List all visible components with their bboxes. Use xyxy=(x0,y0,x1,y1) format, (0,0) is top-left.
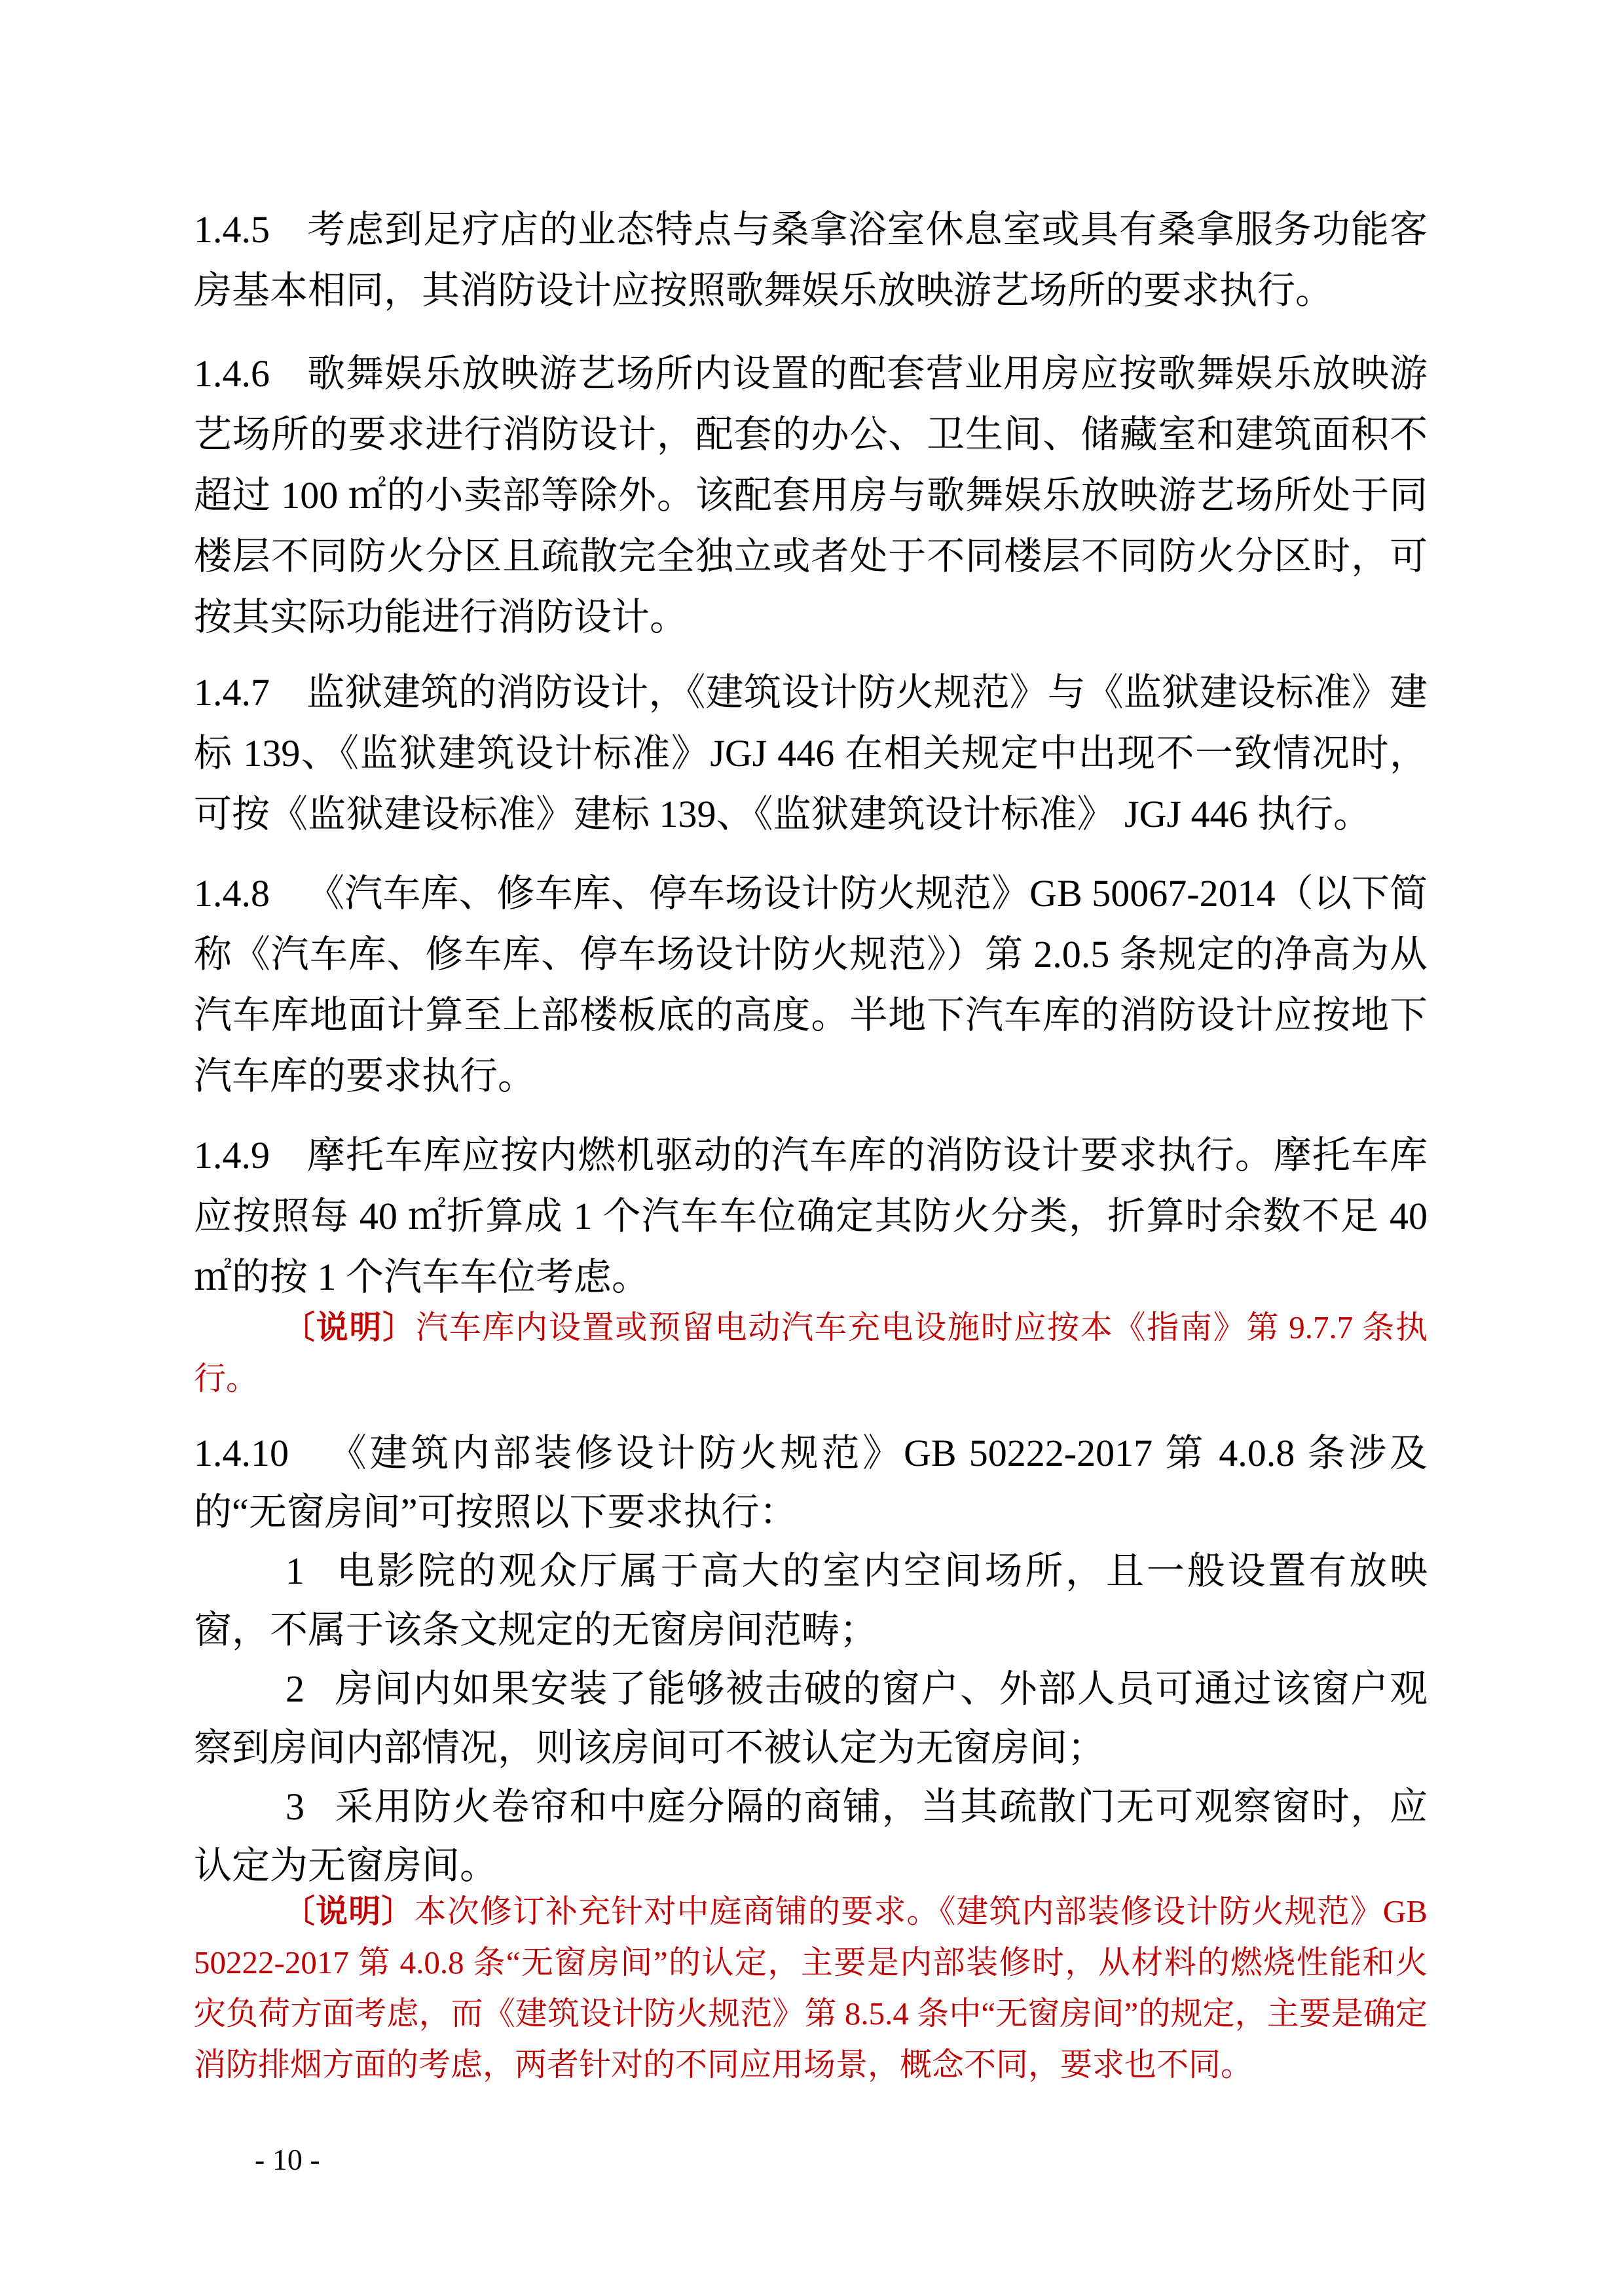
page-number-footer: - 10 - xyxy=(255,2142,320,2177)
note-label: 〔说明〕 xyxy=(283,1893,415,1929)
section-1-4-7: 1.4.7监狱建筑的消防设计，《建筑设计防火规范》与《监狱建设标准》建标 139… xyxy=(194,662,1428,845)
section-text: 《建筑内部装修设计防火规范》GB 50222-2017 第 4.0.8 条涉及的… xyxy=(194,1432,1428,1533)
list-item-3: 3采用防火卷帘和中庭分隔的商铺，当其疏散门无可观察窗时，应认定为无窗房间。 xyxy=(194,1777,1428,1895)
section-text: 考虑到足疗店的业态特点与桑拿浴室休息室或具有桑拿服务功能客房基本相同，其消防设计… xyxy=(194,208,1428,312)
section-number: 1.4.6 xyxy=(194,352,270,395)
section-text: 监狱建筑的消防设计，《建筑设计防火规范》与《监狱建设标准》建标 139、《监狱建… xyxy=(194,671,1428,835)
section-text: 《汽车库、修车库、停车场设计防火规范》GB 50067-2014（以下简称《汽车… xyxy=(194,872,1428,1097)
item-number: 3 xyxy=(286,1785,304,1828)
section-1-4-9: 1.4.9摩托车库应按内燃机驱动的汽车库的消防设计要求执行。摩托车库应按照每 4… xyxy=(194,1125,1428,1307)
item-text: 电影院的观众厅属于高大的室内空间场所，且一般设置有放映窗，不属于该条文规定的无窗… xyxy=(194,1550,1428,1651)
explanation-note-1-4-10: 〔说明〕本次修订补充针对中庭商铺的要求。《建筑内部装修设计防火规范》GB 502… xyxy=(194,1886,1428,2090)
section-text: 歌舞娱乐放映游艺场所内设置的配套营业用房应按歌舞娱乐放映游艺场所的要求进行消防设… xyxy=(194,352,1428,638)
section-number: 1.4.10 xyxy=(194,1432,289,1474)
section-1-4-10: 1.4.10《建筑内部装修设计防火规范》GB 50222-2017 第 4.0.… xyxy=(194,1424,1428,1542)
item-number: 2 xyxy=(286,1667,304,1710)
item-text: 采用防火卷帘和中庭分隔的商铺，当其疏散门无可观察窗时，应认定为无窗房间。 xyxy=(194,1785,1428,1887)
section-number: 1.4.9 xyxy=(194,1134,270,1176)
explanation-note-1-4-9: 〔说明〕汽车库内设置或预留电动汽车充电设施时应按本《指南》第 9.7.7 条执行… xyxy=(194,1302,1428,1404)
section-1-4-8: 1.4.8《汽车库、修车库、停车场设计防火规范》GB 50067-2014（以下… xyxy=(194,863,1428,1106)
section-1-4-5: 1.4.5考虑到足疗店的业态特点与桑拿浴室休息室或具有桑拿服务功能客房基本相同，… xyxy=(194,199,1428,321)
list-item-1: 1电影院的观众厅属于高大的室内空间场所，且一般设置有放映窗，不属于该条文规定的无… xyxy=(194,1542,1428,1660)
list-item-2: 2房间内如果安装了能够被击破的窗户、外部人员可通过该窗户观察到房间内部情况，则该… xyxy=(194,1660,1428,1777)
item-number: 1 xyxy=(286,1550,304,1592)
section-1-4-6: 1.4.6歌舞娱乐放映游艺场所内设置的配套营业用房应按歌舞娱乐放映游艺场所的要求… xyxy=(194,343,1428,647)
item-text: 房间内如果安装了能够被击破的窗户、外部人员可通过该窗户观察到房间内部情况，则该房… xyxy=(194,1667,1428,1769)
document-body: 1.4.5考虑到足疗店的业态特点与桑拿浴室休息室或具有桑拿服务功能客房基本相同，… xyxy=(194,0,1428,2090)
section-text: 摩托车库应按内燃机驱动的汽车库的消防设计要求执行。摩托车库应按照每 40 ㎡折算… xyxy=(194,1134,1428,1298)
section-number: 1.4.7 xyxy=(194,671,270,714)
section-number: 1.4.8 xyxy=(194,872,270,915)
section-number: 1.4.5 xyxy=(194,208,270,251)
note-label: 〔说明〕 xyxy=(283,1309,416,1345)
